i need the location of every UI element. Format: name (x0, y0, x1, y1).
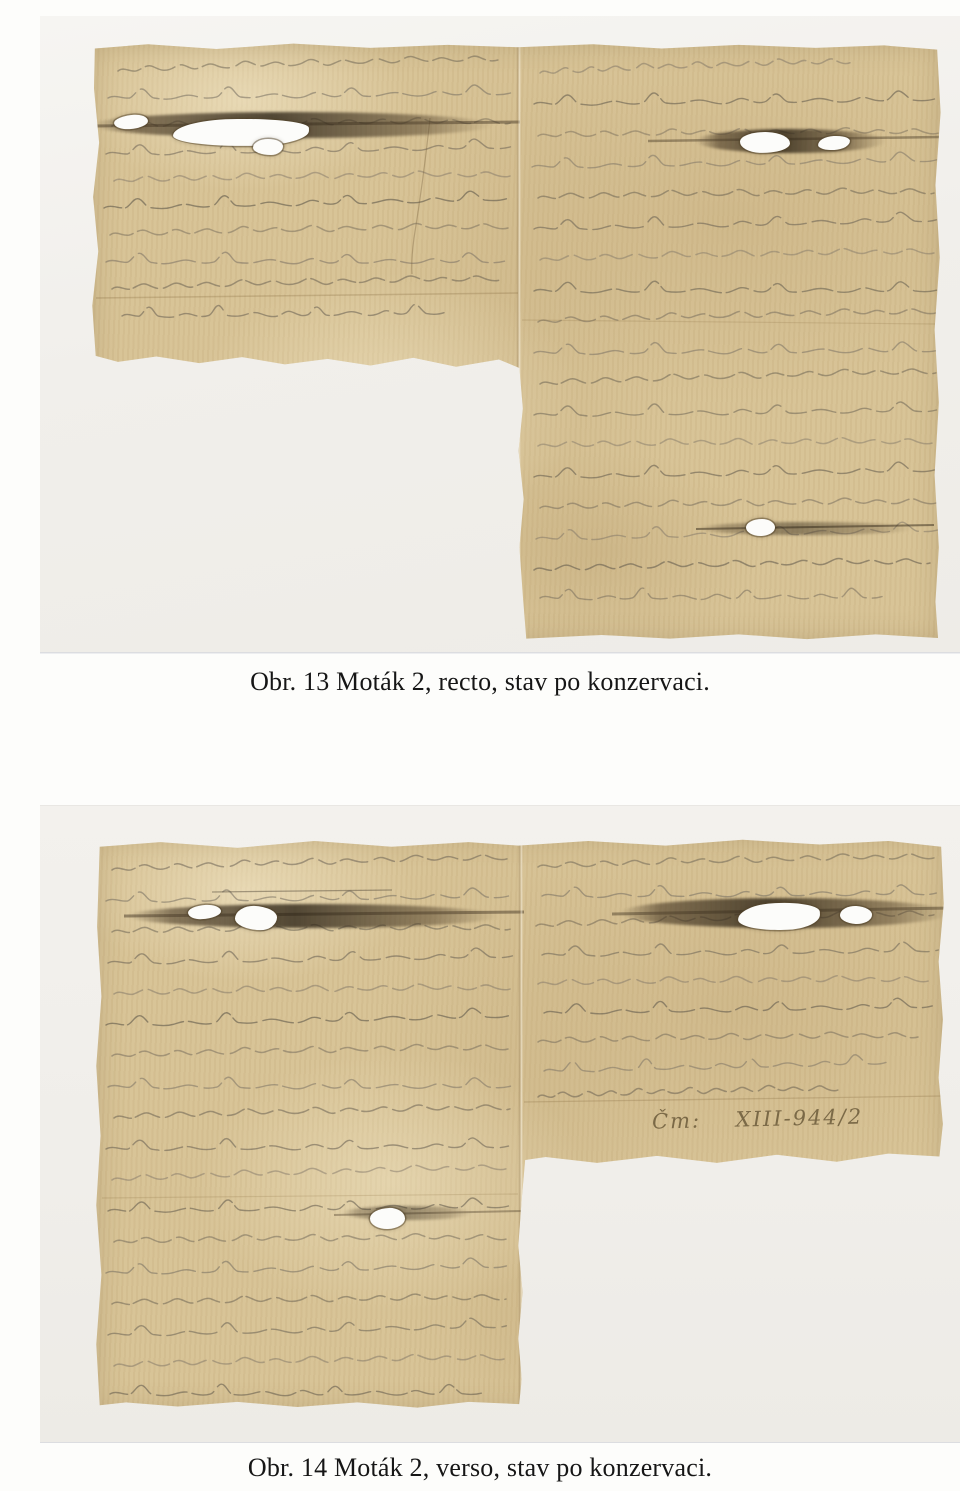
stain-lines (102, 890, 948, 1215)
handwriting-recto (88, 40, 944, 644)
figure-13-caption: Obr. 13 Moták 2, recto, stav po konzerva… (0, 666, 960, 698)
motak-2-verso-paper: Čm: XIII-944/2 (92, 834, 948, 1414)
figure-13-photograph (40, 16, 960, 652)
motak-2-recto-paper (88, 40, 944, 644)
figure-14-caption: Obr. 14 Moták 2, verso, stav po konzerva… (0, 1452, 960, 1484)
thesis-figures-page: Obr. 13 Moták 2, recto, stav po konzerva… (0, 0, 960, 1491)
figure-14-photograph: Čm: XIII-944/2 (40, 806, 960, 1442)
stain-lines (94, 118, 940, 529)
